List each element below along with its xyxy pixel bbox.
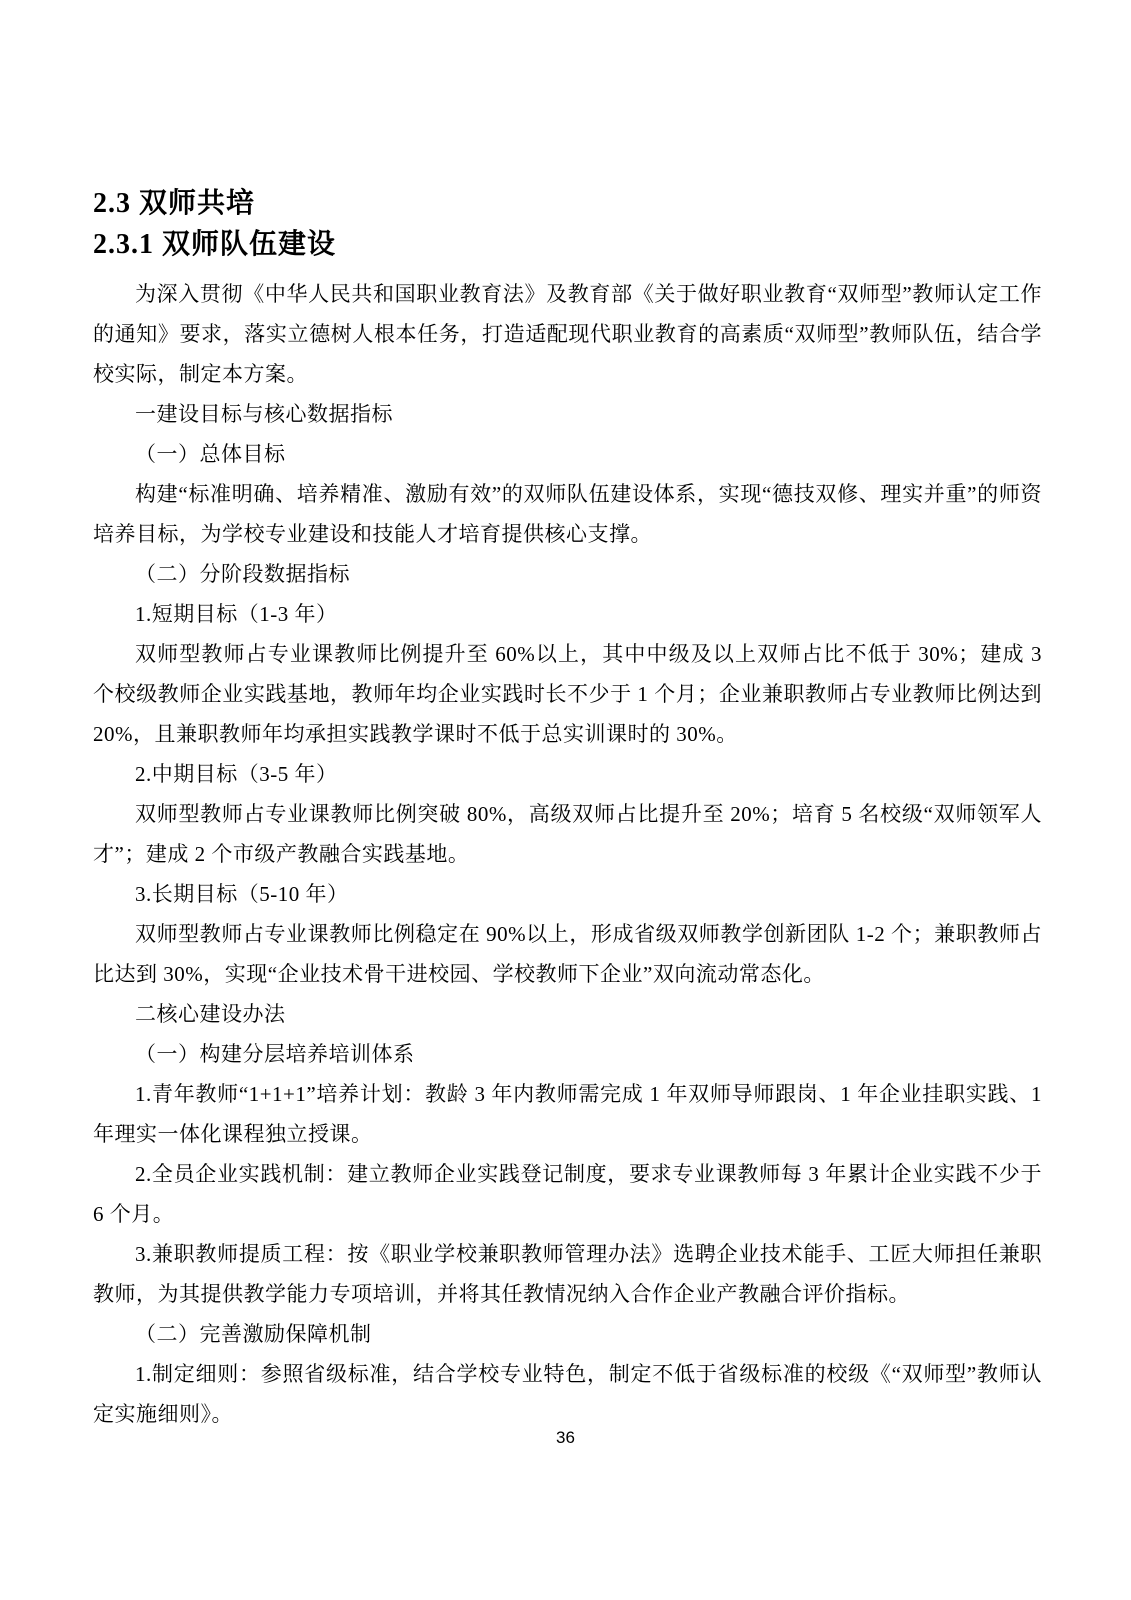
paragraph-training-system-title: （一）构建分层培养培训体系 bbox=[93, 1034, 1042, 1074]
section-heading-2-3-1: 2.3.1 双师队伍建设 bbox=[93, 224, 1042, 266]
paragraph-overall-goal-title: （一）总体目标 bbox=[93, 434, 1042, 474]
document-page: 2.3 双师共培 2.3.1 双师队伍建设 为深入贯彻《中华人民共和国职业教育法… bbox=[0, 0, 1131, 1600]
paragraph-intro: 为深入贯彻《中华人民共和国职业教育法》及教育部《关于做好职业教育“双师型”教师认… bbox=[93, 274, 1042, 394]
paragraph-mid-term-title: 2.中期目标（3-5 年） bbox=[93, 754, 1042, 794]
paragraph-short-term: 双师型教师占专业课教师比例提升至 60%以上，其中中级及以上双师占比不低于 30… bbox=[93, 634, 1042, 754]
paragraph-long-term: 双师型教师占专业课教师比例稳定在 90%以上，形成省级双师教学创新团队 1-2 … bbox=[93, 914, 1042, 994]
paragraph-phase-title: （二）分阶段数据指标 bbox=[93, 554, 1042, 594]
paragraph-part1-title: 一建设目标与核心数据指标 bbox=[93, 394, 1042, 434]
paragraph-young-teacher-plan: 1.青年教师“1+1+1”培养计划：教龄 3 年内教师需完成 1 年双师导师跟岗… bbox=[93, 1074, 1042, 1154]
paragraph-overall-goal: 构建“标准明确、培养精准、激励有效”的双师队伍建设体系，实现“德技双修、理实并重… bbox=[93, 474, 1042, 554]
paragraph-long-term-title: 3.长期目标（5-10 年） bbox=[93, 874, 1042, 914]
paragraph-mid-term: 双师型教师占专业课教师比例突破 80%，高级双师占比提升至 20%；培育 5 名… bbox=[93, 794, 1042, 874]
paragraph-short-term-title: 1.短期目标（1-3 年） bbox=[93, 594, 1042, 634]
paragraph-incentive-title: （二）完善激励保障机制 bbox=[93, 1314, 1042, 1354]
document-body: 为深入贯彻《中华人民共和国职业教育法》及教育部《关于做好职业教育“双师型”教师认… bbox=[93, 274, 1042, 1434]
section-heading-2-3: 2.3 双师共培 bbox=[93, 184, 1042, 224]
page-number: 36 bbox=[0, 1428, 1131, 1448]
paragraph-rules: 1.制定细则：参照省级标准，结合学校专业特色，制定不低于省级标准的校级《“双师型… bbox=[93, 1354, 1042, 1434]
paragraph-parttime-teacher: 3.兼职教师提质工程：按《职业学校兼职教师管理办法》选聘企业技术能手、工匠大师担… bbox=[93, 1234, 1042, 1314]
paragraph-practice-mechanism: 2.全员企业实践机制：建立教师企业实践登记制度，要求专业课教师每 3 年累计企业… bbox=[93, 1154, 1042, 1234]
paragraph-part2-title: 二核心建设办法 bbox=[93, 994, 1042, 1034]
